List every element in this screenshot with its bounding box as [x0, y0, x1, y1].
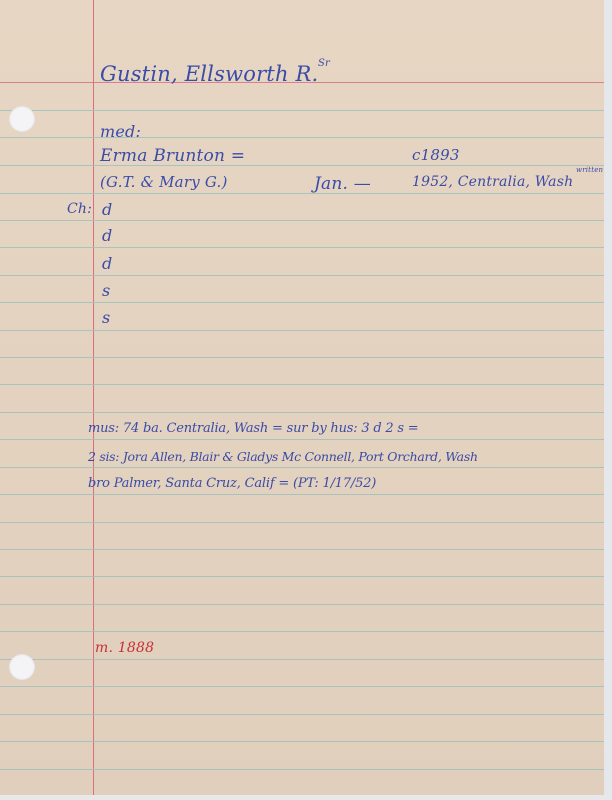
heading-name: Gustin, Ellsworth R. — [100, 62, 318, 86]
blue-rule — [0, 741, 604, 742]
blue-rule — [0, 494, 604, 495]
blue-rule — [0, 659, 604, 660]
heading-superscript: Sr — [318, 58, 330, 69]
note-line-3: bro Palmer, Santa Cruz, Calif = (PT: 1/1… — [88, 476, 376, 491]
children-label: Ch: — [67, 201, 92, 217]
blue-rule — [0, 165, 604, 166]
blue-rule — [0, 193, 604, 194]
punch-hole-bottom — [9, 654, 35, 680]
blue-rule — [0, 330, 604, 331]
blue-rule — [0, 439, 604, 440]
blue-rule — [0, 549, 604, 550]
scan-border-bottom — [0, 795, 612, 800]
blue-rule — [0, 576, 604, 577]
blue-rule — [0, 137, 604, 138]
scan-border-right — [604, 0, 612, 800]
death-place-superscript-note: written note — [576, 166, 604, 174]
child-item: d — [102, 200, 112, 219]
red-margin-line — [93, 0, 94, 795]
blue-rule — [0, 631, 604, 632]
blue-rule — [0, 357, 604, 358]
death-month: Jan. — — [314, 174, 371, 194]
blue-rule — [0, 714, 604, 715]
blue-rule — [0, 769, 604, 770]
blue-rule — [0, 110, 604, 111]
lined-paper: Gustin, Ellsworth R. Sr med: Erma Brunto… — [0, 0, 604, 795]
spouse-parents: (G.T. & Mary G.) — [100, 173, 228, 191]
punch-hole-top — [9, 106, 35, 132]
child-item: s — [102, 281, 110, 300]
blue-rule — [0, 247, 604, 248]
child-item: d — [102, 226, 112, 245]
blue-rule — [0, 522, 604, 523]
spouse-name: Erma Brunton = — [100, 146, 245, 166]
blue-rule — [0, 467, 604, 468]
note-line-2: 2 sis: Jora Allen, Blair & Gladys Mc Con… — [88, 449, 478, 464]
blue-rule — [0, 275, 604, 276]
married-label: med: — [100, 122, 141, 141]
blue-rule — [0, 302, 604, 303]
blue-rule — [0, 412, 604, 413]
blue-rule — [0, 220, 604, 221]
death-place: 1952, Centralia, Wash — [412, 174, 573, 190]
blue-rule — [0, 686, 604, 687]
child-item: d — [102, 254, 112, 273]
note-line-1: mus: 74 ba. Centralia, Wash = sur by hus… — [88, 421, 419, 436]
blue-rule — [0, 384, 604, 385]
blue-rule — [0, 604, 604, 605]
child-item: s — [102, 308, 110, 327]
red-marriage-note: m. 1888 — [95, 640, 154, 656]
marriage-date: c1893 — [412, 146, 460, 164]
